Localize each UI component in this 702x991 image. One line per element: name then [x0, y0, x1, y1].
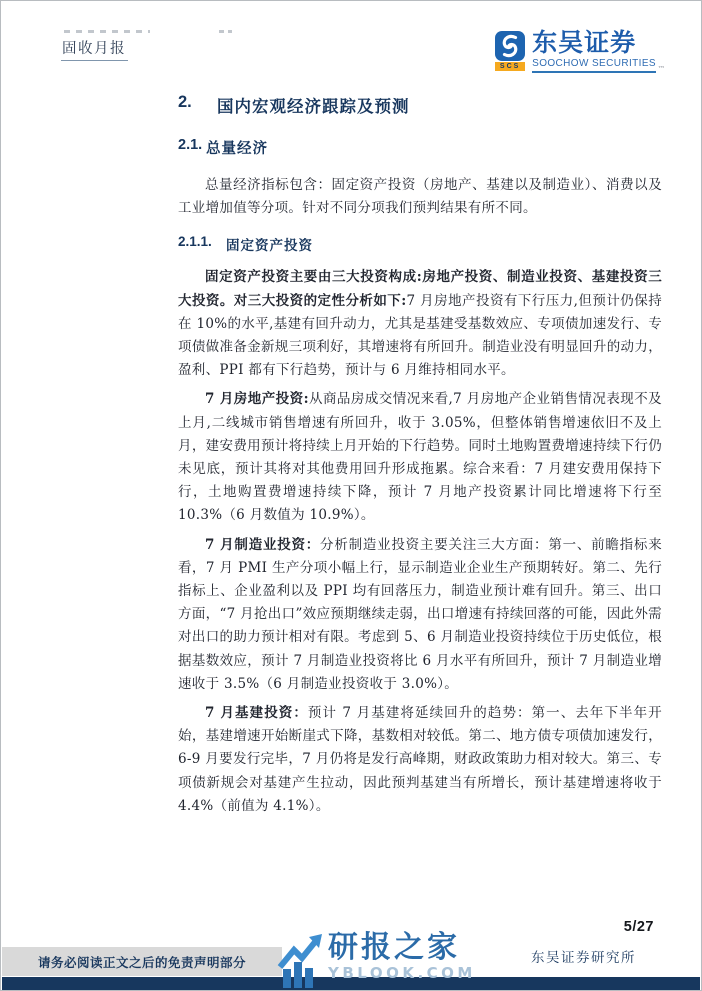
disclaimer-bar: 请务必阅读正文之后的免责声明部分 [2, 947, 282, 976]
paragraph-text: 预计 7 月基建将延续回升的趋势：第一、去年下半年开始，基建增速开始断崖式下降，… [178, 705, 662, 814]
report-type-label: 固收月报 [61, 37, 128, 61]
faint-cropped-text-marks [64, 30, 150, 33]
subsubsection-title: 固定资产投资 [226, 234, 313, 254]
paragraph-lead: 7 月房地产投资: [205, 391, 309, 407]
paragraph: 固定资产投资主要由三大投资构成:房地产投资、制造业投资、基建投资三大投资。对三大… [178, 266, 662, 382]
section-heading: 2. 国内宏观经济跟踪及预测 [178, 93, 662, 117]
report-body: 2. 国内宏观经济跟踪及预测 2.1. 总量经济 总量经济指标包含：固定资产投资… [178, 1, 662, 818]
bar-chart-arrow-icon [277, 931, 323, 991]
subsection-heading: 2.1. 总量经济 [178, 137, 662, 158]
paragraph-text: 从商品房成交情况来看,7 月房地产企业销售情况表现不及上月,二线城市销售增速有所… [178, 391, 662, 523]
paragraph: 7 月基建投资：预计 7 月基建将延续回升的趋势：第一、去年下半年开始，基建增速… [178, 702, 662, 818]
subsection-number: 2.1. [178, 137, 206, 158]
report-page: 固收月报 SCS 东吴证券 SOOCHOW SECURITIES ™ 2. 国内… [0, 0, 702, 991]
watermark-site: YBLOOK.COM [328, 964, 476, 982]
paragraph-lead: 7 月制造业投资： [205, 537, 320, 553]
subsection-title: 总量经济 [206, 137, 268, 158]
subsubsection-number: 2.1.1. [178, 234, 226, 254]
paragraph: 7 月制造业投资：分析制造业投资主要关注三大方面：第一、前瞻指标来看，7 月 P… [178, 534, 662, 696]
paragraph: 7 月房地产投资:从商品房成交情况来看,7 月房地产企业销售情况表现不及上月,二… [178, 388, 662, 527]
paragraph: 总量经济指标包含：固定资产投资（房地产、基建以及制造业）、消费以及工业增加值等分… [178, 174, 662, 220]
section-number: 2. [178, 93, 217, 117]
page-number: 5/27 [624, 919, 654, 935]
watermark-text: 研报之家 YBLOOK.COM [328, 931, 476, 982]
subsubsection-heading: 2.1.1. 固定资产投资 [178, 234, 662, 254]
disclaimer-text: 请务必阅读正文之后的免责声明部分 [38, 953, 246, 971]
paragraph-text: 总量经济指标包含：固定资产投资（房地产、基建以及制造业）、消费以及工业增加值等分… [178, 177, 662, 216]
watermark-name: 研报之家 [328, 931, 476, 964]
paragraph-lead: 7 月基建投资： [205, 705, 308, 721]
paragraph-text: 分析制造业投资主要关注三大方面：第一、前瞻指标来看，7 月 PMI 生产分项小幅… [178, 537, 662, 692]
research-institute-label: 东吴证券研究所 [531, 946, 636, 966]
yblook-watermark: 研报之家 YBLOOK.COM [277, 931, 476, 991]
section-title: 国内宏观经济跟踪及预测 [217, 93, 410, 117]
